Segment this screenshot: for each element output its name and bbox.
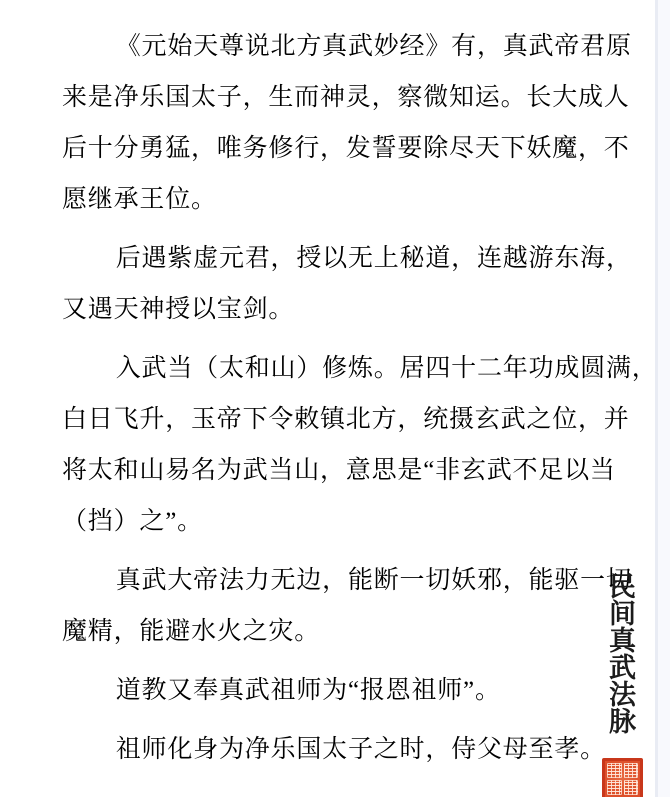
text-line: 魔精，能避水火之灾。: [62, 606, 584, 657]
seal-glyph-cell: [607, 780, 622, 795]
text-line: 后遇紫虚元君，授以无上秘道，连越游东海，: [62, 233, 584, 284]
document-body: 《元始天尊说北方真武妙经》有，真武帝君原 来是净乐国太子，生而神灵，察微知运。长…: [62, 21, 584, 783]
red-seal-stamp: [602, 758, 643, 797]
vertical-calligraphy-watermark: 民间真武法脉: [604, 572, 636, 744]
text-line: 入武当（太和山）修炼。居四十二年功成圆满，: [62, 343, 584, 394]
document-page: 《元始天尊说北方真武妙经》有，真武帝君原 来是净乐国太子，生而神灵，察微知运。长…: [0, 0, 670, 797]
text-line: 道教又奉真武祖师为“报恩祖师”。: [62, 665, 584, 716]
text-line: 来是净乐国太子，生而神灵，察微知运。长大成人: [62, 72, 584, 123]
paragraph: 入武当（太和山）修炼。居四十二年功成圆满， 白日飞升，玉帝下令敕镇北方，统摄玄武…: [62, 343, 584, 547]
seal-glyphs: [607, 763, 638, 795]
paragraph: 道教又奉真武祖师为“报恩祖师”。: [62, 665, 584, 716]
text-line: 愿继承王位。: [62, 174, 584, 225]
text-line: 又遇天神授以宝剑。: [62, 284, 584, 335]
text-line: 祖师化身为净乐国太子之时，侍父母至孝。: [62, 724, 584, 775]
paragraph: 真武大帝法力无边，能断一切妖邪，能驱一切 魔精，能避水火之灾。: [62, 555, 584, 657]
text-line: 真武大帝法力无边，能断一切妖邪，能驱一切: [62, 555, 584, 606]
seal-glyph-cell: [624, 780, 639, 795]
text-line: 白日飞升，玉帝下令敕镇北方，统摄玄武之位，并: [62, 394, 584, 445]
seal-glyph-cell: [624, 763, 639, 778]
text-line: 《元始天尊说北方真武妙经》有，真武帝君原: [62, 21, 584, 72]
paragraph: 后遇紫虚元君，授以无上秘道，连越游东海， 又遇天神授以宝剑。: [62, 233, 584, 335]
text-line: （挡）之”。: [62, 496, 584, 547]
paragraph: 祖师化身为净乐国太子之时，侍父母至孝。: [62, 724, 584, 775]
seal-glyph-cell: [607, 763, 622, 778]
text-line: 后十分勇猛，唯务修行，发誓要除尽天下妖魔，不: [62, 123, 584, 174]
paragraph: 《元始天尊说北方真武妙经》有，真武帝君原 来是净乐国太子，生而神灵，察微知运。长…: [62, 21, 584, 225]
text-line: 将太和山易名为武当山，意思是“非玄武不足以当: [62, 445, 584, 496]
page-edge-strip: [658, 0, 670, 797]
